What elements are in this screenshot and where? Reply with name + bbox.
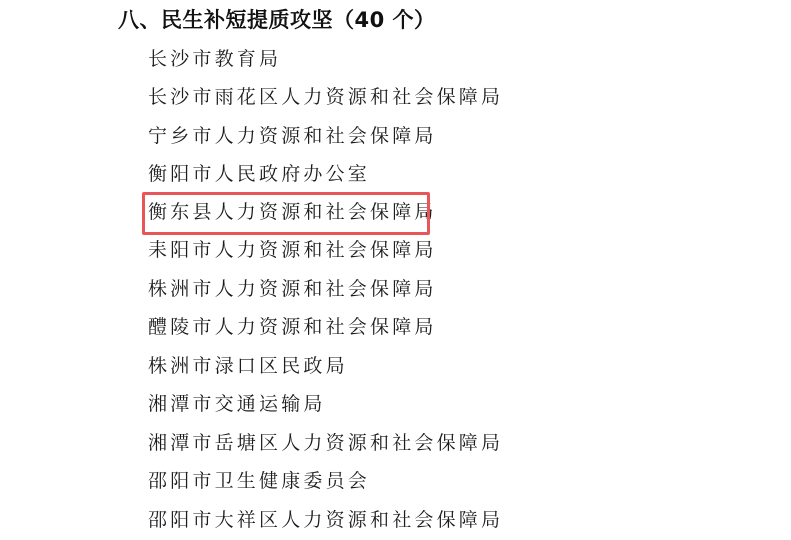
list-item: 湘潭市交通运输局 <box>148 392 326 416</box>
list-item: 长沙市教育局 <box>148 47 281 71</box>
list-item: 衡阳市人民政府办公室 <box>148 162 370 186</box>
list-item: 耒阳市人力资源和社会保障局 <box>148 238 437 262</box>
document-page: 八、民生补短提质攻坚（40 个） 长沙市教育局 长沙市雨花区人力资源和社会保障局… <box>0 0 791 540</box>
list-item: 湘潭市岳塘区人力资源和社会保障局 <box>148 431 503 455</box>
list-item: 醴陵市人力资源和社会保障局 <box>148 315 437 339</box>
section-heading: 八、民生补短提质攻坚（40 个） <box>118 4 436 34</box>
list-item: 邵阳市大祥区人力资源和社会保障局 <box>148 508 503 532</box>
list-item: 邵阳市卫生健康委员会 <box>148 469 370 493</box>
list-item: 株洲市渌口区民政局 <box>148 354 348 378</box>
list-item: 宁乡市人力资源和社会保障局 <box>148 124 437 148</box>
list-item-highlighted: 衡东县人力资源和社会保障局 <box>148 200 437 224</box>
list-item: 长沙市雨花区人力资源和社会保障局 <box>148 85 503 109</box>
list-item: 株洲市人力资源和社会保障局 <box>148 277 437 301</box>
